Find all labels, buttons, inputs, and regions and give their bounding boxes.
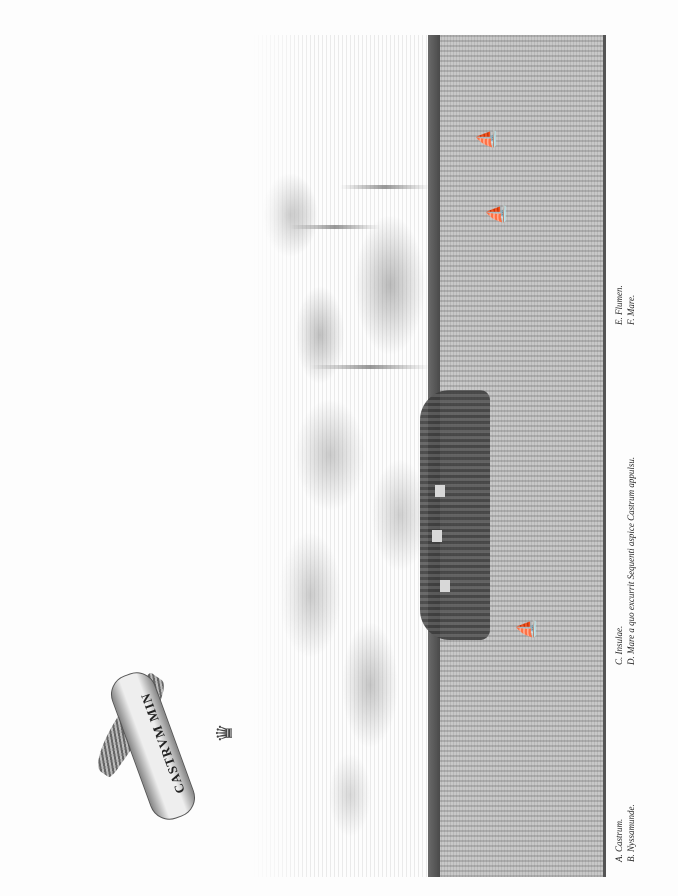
engraving-page: ⛵ ⛵ ⛵ CASTRVM MIN ♛ A. Castrum. B. Nyssa… xyxy=(0,0,678,896)
building xyxy=(432,530,442,542)
legend-key: D. xyxy=(626,656,636,665)
cloud-streak xyxy=(290,225,380,229)
legend-label: Flumen. xyxy=(614,285,624,315)
legend-key: C. xyxy=(614,657,624,665)
legend-label: Castrum. xyxy=(614,819,624,852)
ship-icon: ⛵ xyxy=(487,203,505,225)
legend-item: C. Insulae. xyxy=(614,626,624,665)
legend-key: F. xyxy=(626,318,636,325)
legend-label: Mare a quo excurrit Sequenti aspice Cast… xyxy=(626,457,636,654)
building xyxy=(440,580,450,592)
legend-item: D. Mare a quo excurrit Sequenti aspice C… xyxy=(626,457,636,665)
legend-label: Nyssamunde. xyxy=(626,804,636,852)
cloud-streak xyxy=(340,185,430,189)
legend-item: A. Castrum. xyxy=(614,819,624,862)
building xyxy=(435,485,445,497)
sky-clouds xyxy=(250,35,435,877)
legend-item: B. Nyssamunde. xyxy=(626,804,636,862)
legend-label: Mare. xyxy=(626,295,636,316)
legend-key: A. xyxy=(614,854,624,862)
legend-key: B. xyxy=(626,854,636,862)
ship-icon: ⛵ xyxy=(477,128,495,150)
legend-item: E. Flumen. xyxy=(614,285,624,325)
crown-icon: ♛ xyxy=(212,723,238,743)
fortified-island xyxy=(420,390,490,640)
legend: A. Castrum. B. Nyssamunde. C. Insulae. D… xyxy=(610,0,650,896)
legend-label: Insulae. xyxy=(614,626,624,655)
ship-icon: ⛵ xyxy=(517,618,535,640)
legend-item: F. Mare. xyxy=(626,295,636,325)
frame-border-right xyxy=(603,35,606,877)
engraving-frame: ⛵ ⛵ ⛵ xyxy=(250,35,606,877)
legend-key: E. xyxy=(614,317,624,325)
cloud-streak xyxy=(310,365,430,369)
title-cartouche: CASTRVM MIN ♛ xyxy=(70,650,250,830)
